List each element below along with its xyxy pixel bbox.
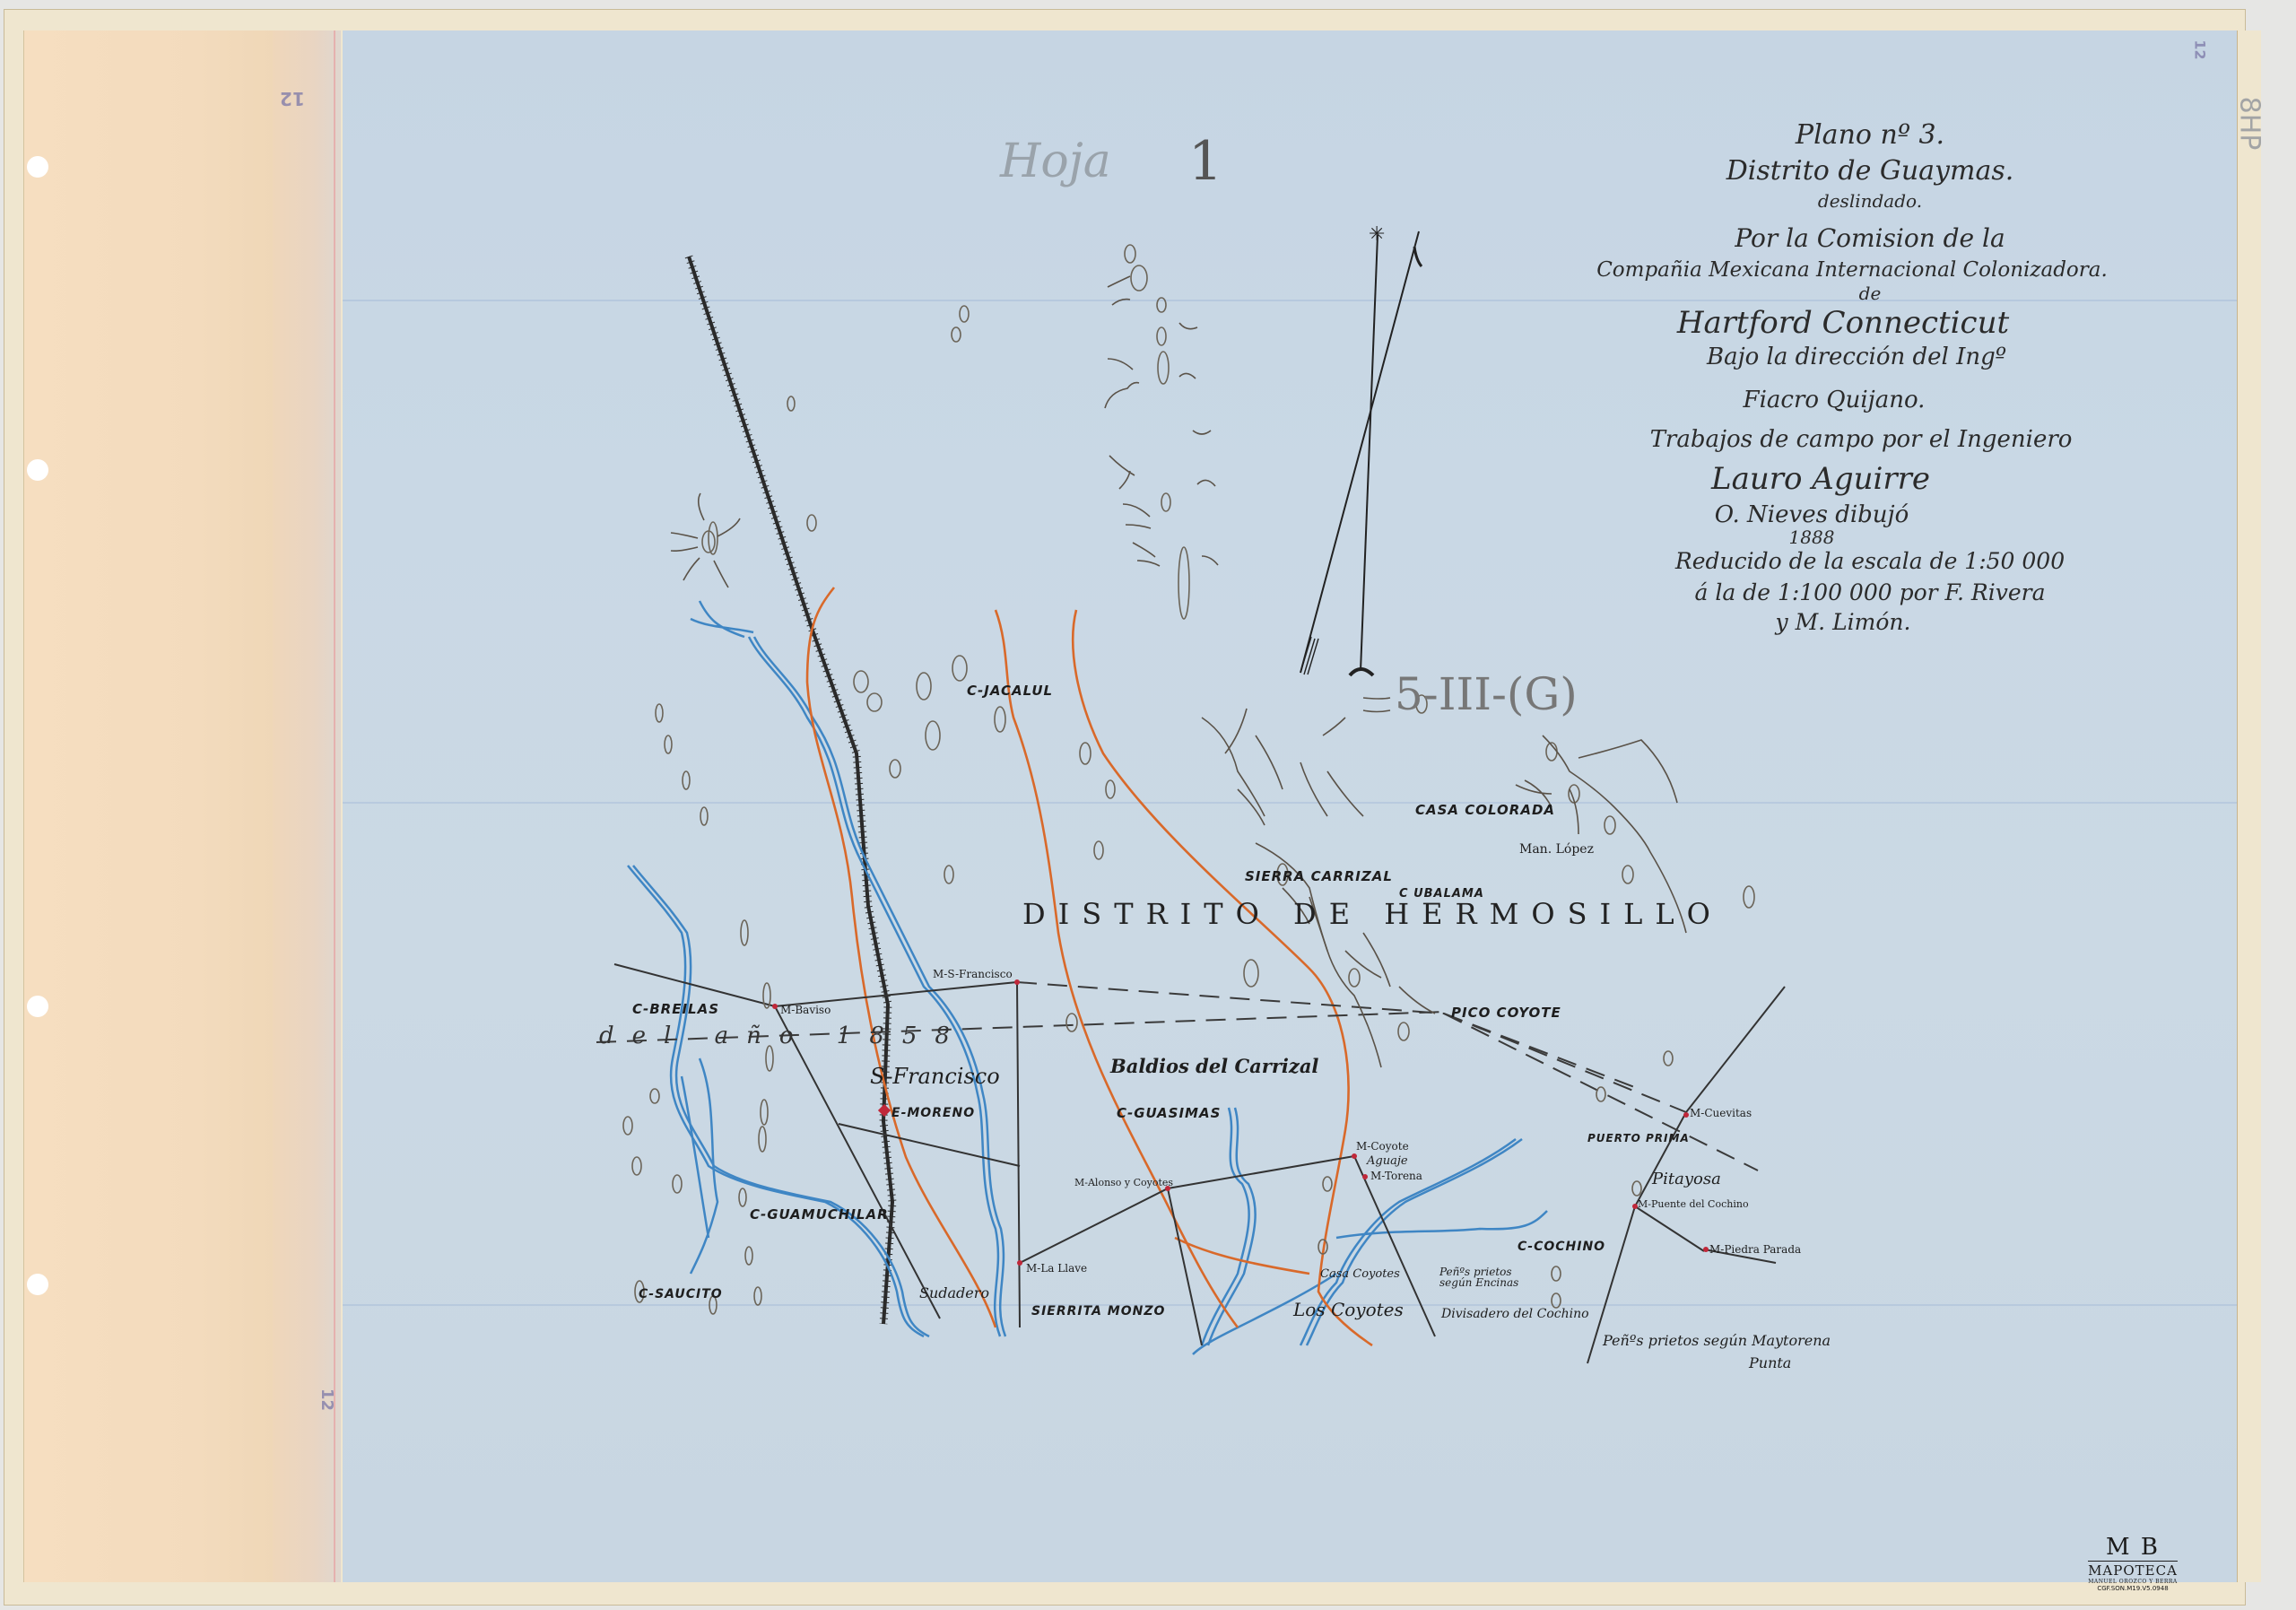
place-label: C-GUAMUCHILAR	[750, 1208, 889, 1222]
place-label: M-Puente del Cochino	[1638, 1199, 1749, 1209]
place-label: Peñºs prietos según Maytorena	[1603, 1334, 1831, 1348]
title-line: de	[1578, 284, 2161, 302]
map-sheet: 12 12 12 8HP	[0, 0, 2296, 1610]
sheet-number: 1	[1188, 130, 1222, 193]
place-label: Los Coyotes	[1293, 1301, 1404, 1318]
archive-code: CGF.SON.M19.V5.0948	[2088, 1585, 2178, 1592]
title-line: Por la Comision de la	[1578, 226, 2161, 251]
company-city: Hartford Connecticut	[1525, 308, 2161, 338]
title-cartouche: Plano nº 3. Distrito de Guaymas. deslind…	[1578, 117, 2161, 633]
place-label: M-S-Francisco	[933, 969, 1013, 979]
title-line: deslindado.	[1578, 192, 2161, 210]
mapoteca-logo: M B MAPOTECA MANUEL OROZCO Y BERRA CGF.S…	[2088, 1536, 2178, 1592]
place-label: Pitayosa	[1652, 1171, 1721, 1188]
scale-note: Reducido de la escala de 1:50 000	[1578, 550, 2161, 572]
place-label: Punta	[1749, 1356, 1791, 1371]
place-label: Man. López	[1519, 843, 1594, 856]
place-label: M-Torena	[1370, 1171, 1422, 1181]
company-name: Compañia Mexicana Internacional Coloniza…	[1543, 260, 2161, 281]
place-label: C-GUASIMAS	[1117, 1107, 1221, 1120]
place-label: Divisadero del Cochino	[1441, 1308, 1589, 1320]
place-label: M-Coyote	[1356, 1141, 1409, 1152]
archive-name: MAPOTECA	[2088, 1561, 2178, 1579]
reducers: y M. Limón.	[1525, 611, 2161, 633]
title-line: Trabajos de campo por el Ingeniero	[1561, 428, 2161, 451]
place-label: M-Alonso y Coyotes	[1074, 1178, 1173, 1188]
logo-mark: M B	[2088, 1536, 2178, 1559]
title-district: Distrito de Guaymas.	[1578, 158, 2161, 185]
plan-number: Plano nº 3.	[1578, 122, 2161, 149]
place-label: Peñºs prietos según Encinas	[1439, 1266, 1547, 1288]
place-label: C-SAUCITO	[639, 1288, 723, 1301]
railway-line	[689, 257, 892, 1324]
draftsman: O. Nieves dibujó	[1462, 503, 2161, 527]
director-name: Fiacro Quijano.	[1507, 388, 2161, 412]
place-label: C-JACALUL	[967, 684, 1053, 698]
place-label: SIERRITA MONZO	[1031, 1305, 1165, 1318]
sheet-grid-code: 5-III-(G)	[1395, 668, 1578, 720]
place-label: M-Cuevitas	[1690, 1108, 1752, 1118]
engineer-name: Lauro Aguirre	[1480, 464, 2161, 494]
north-arrow: ✳	[1300, 223, 1422, 675]
place-label: C-BREILAS	[632, 1003, 719, 1016]
place-label: Sudadero	[919, 1286, 989, 1301]
place-label: CASA COLORADA	[1415, 804, 1555, 817]
place-label: PICO COYOTE	[1451, 1006, 1561, 1020]
sheet-label: Hoja	[1000, 135, 1111, 188]
place-label: SIERRA CARRIZAL	[1245, 870, 1393, 883]
place-label: C-COCHINO	[1518, 1240, 1605, 1253]
place-label: Aguaje	[1367, 1155, 1408, 1167]
scale-note: á la de 1:100 000 por F. Rivera	[1578, 581, 2161, 604]
logo-letters: M B	[2106, 1534, 2160, 1561]
svg-text:✳: ✳	[1369, 223, 1385, 246]
place-label: E-MORENO	[891, 1107, 975, 1119]
place-label: PUERTO PRIMA	[1587, 1133, 1690, 1144]
place-label: M-Piedra Parada	[1709, 1244, 1801, 1255]
district-label: DISTRITO DE HERMOSILLO	[1022, 897, 1723, 931]
place-label: Casa Coyotes	[1320, 1268, 1400, 1280]
archive-subtitle: MANUEL OROZCO Y BERRA	[2088, 1579, 2178, 1585]
title-line: Bajo la dirección del Ingº	[1552, 345, 2161, 369]
place-label: M-La Llave	[1026, 1263, 1087, 1274]
place-label: C UBALAMA	[1399, 888, 1484, 900]
year: 1888	[1462, 528, 2161, 546]
boundary-year-label: del año 1858	[599, 1024, 968, 1048]
place-label: Baldios del Carrizal	[1110, 1057, 1318, 1075]
place-label: S-Francisco	[870, 1066, 1000, 1087]
place-label: M-Baviso	[780, 1005, 831, 1015]
